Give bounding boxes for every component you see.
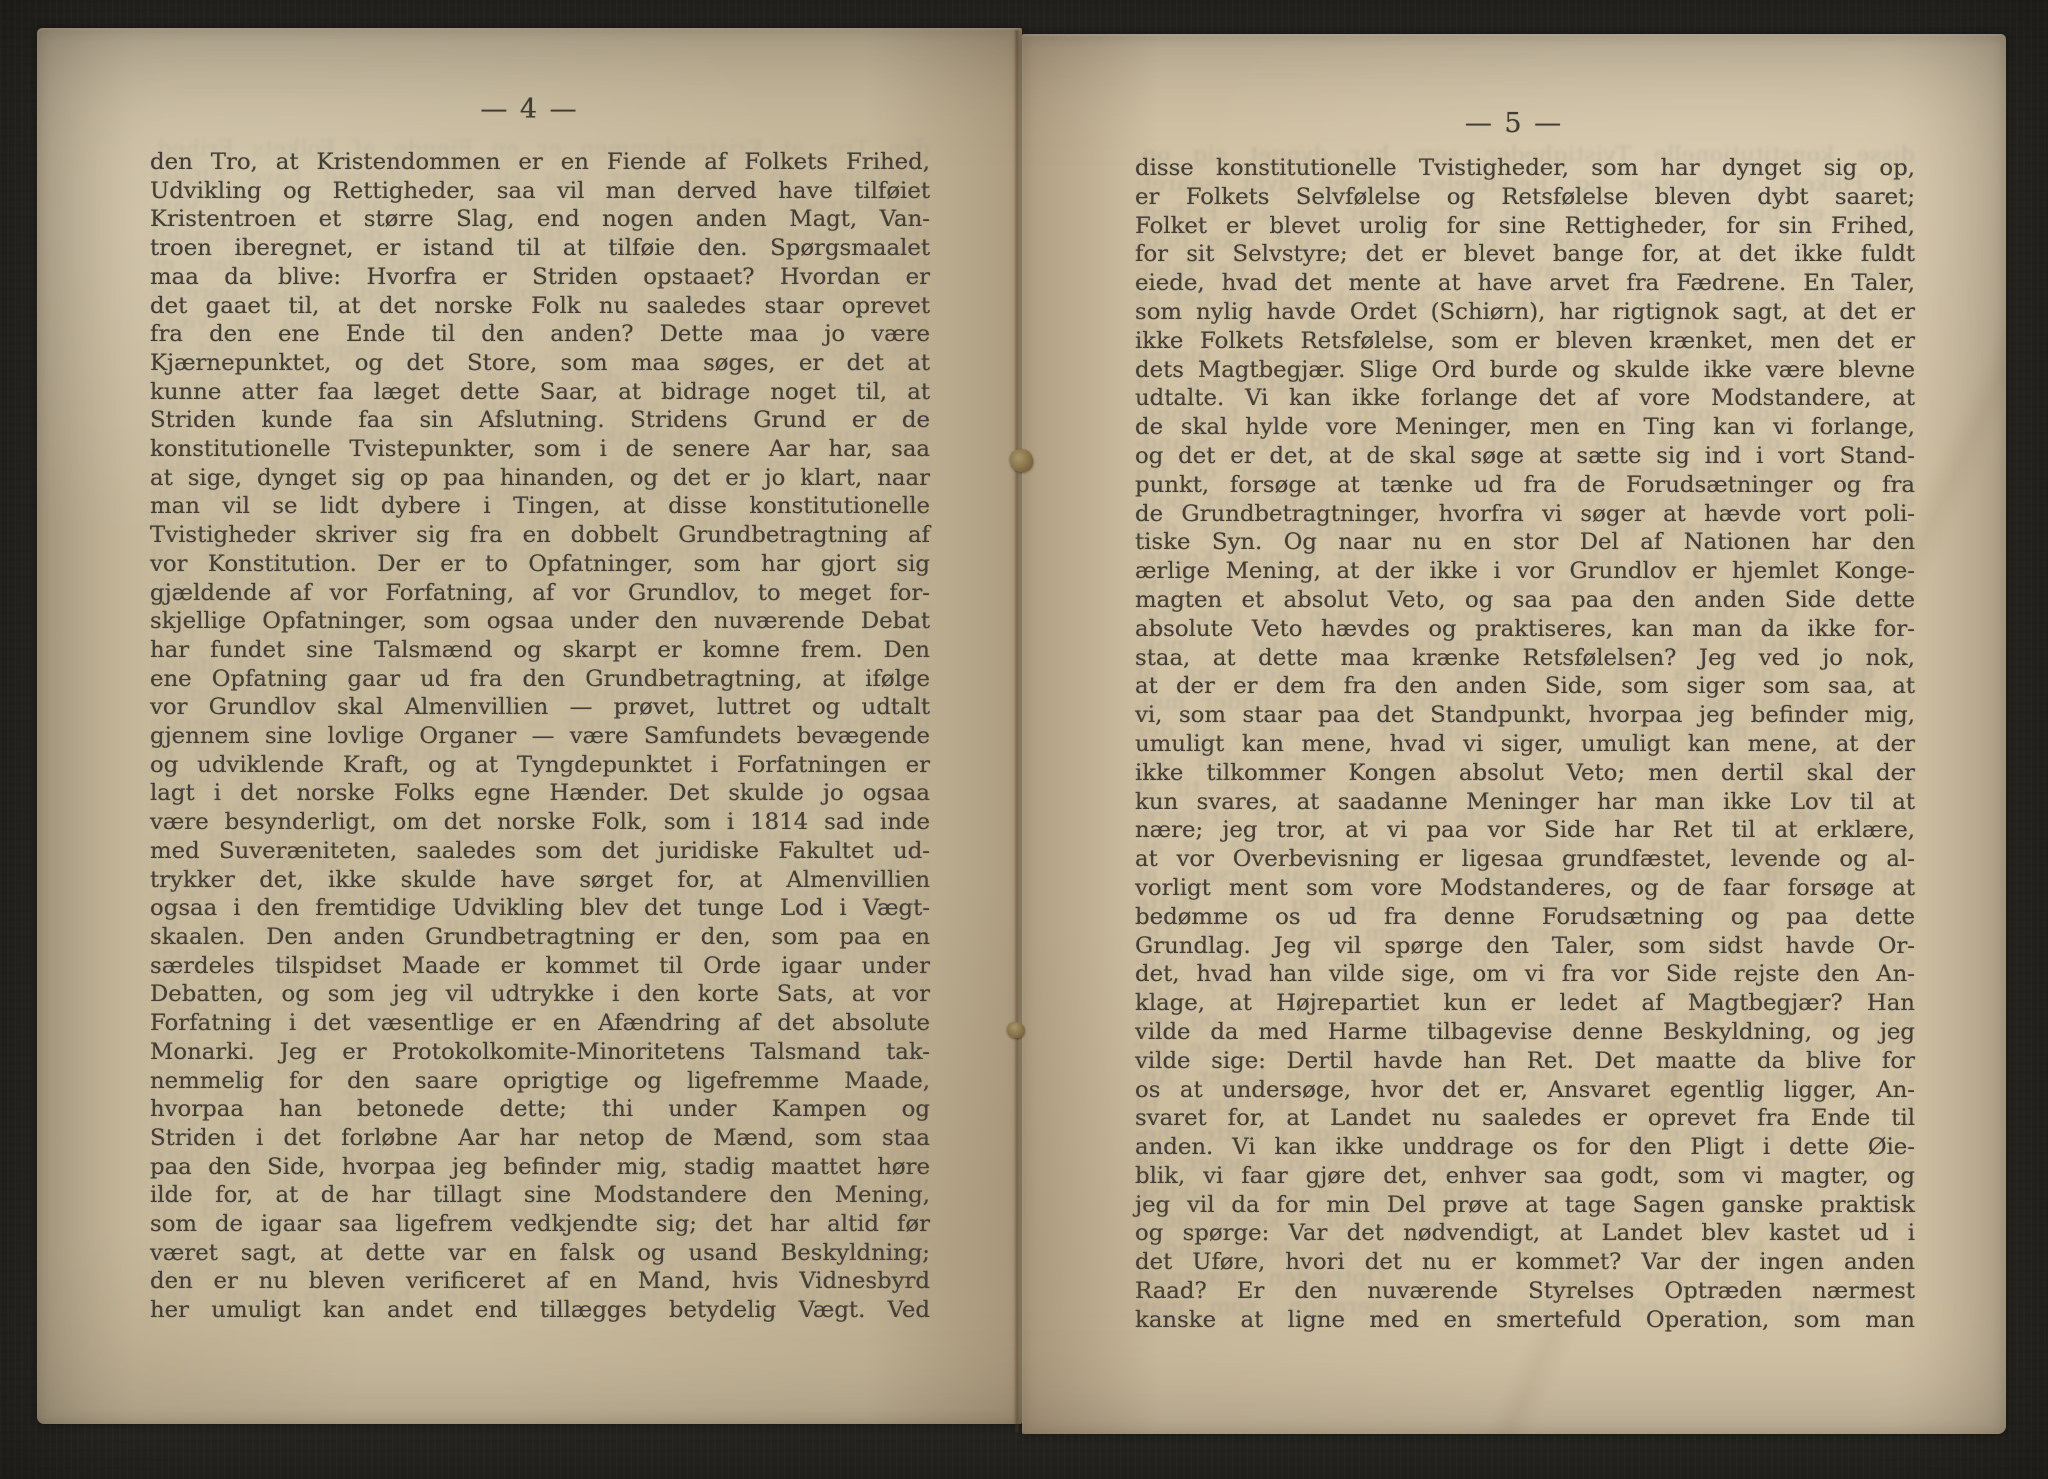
text-line: at vor Overbevisning er ligesaa grundfæs… [1135,845,1915,874]
text-line: ærlige Mening, at der ikke i vor Grundlo… [1135,557,1915,586]
text-line: skjellige Opfatninger, som ogsaa under d… [150,607,930,636]
page-number-left: — 4 — [37,94,1022,125]
text-line: det gaaet til, at det norske Folk nu saa… [150,292,930,321]
text-line: vi, som staar paa det Standpunkt, hvorpa… [1135,701,1915,730]
text-line: absolute Veto hævdes og praktiseres, kan… [1135,615,1915,644]
text-line: nemmelig for den saare oprigtige og lige… [150,1067,930,1096]
text-line: Striden i det forløbne Aar har netop de … [150,1124,930,1153]
text-line: med Suveræniteten, saaledes som det juri… [150,837,930,866]
text-line: Forfatning i det væsentlige er en Afændr… [150,1009,930,1038]
text-line: ogsaa i den fremtidige Udvikling blev de… [150,894,930,923]
page-left-text: den Tro, at Kristendommen er en Fiende a… [150,148,930,1325]
text-line: tiske Syn. Og naar nu en stor Del af Nat… [1135,528,1915,557]
text-line: maa da blive: Hvorfra er Striden opstaae… [150,263,930,292]
text-line: har fundet sine Talsmænd og skarpt er ko… [150,636,930,665]
text-line: og udviklende Kraft, og at Tyngdepunktet… [150,751,930,780]
text-line: været sagt, at dette var en falsk og usa… [150,1239,930,1268]
page-number-right: — 5 — [1022,108,2006,139]
text-line: de Grundbetragtninger, hvorfra vi søger … [1135,500,1915,529]
text-line: som de igaar saa ligefrem vedkjendte sig… [150,1210,930,1239]
text-line: Monarki. Jeg er Protokolkomite-Minoritet… [150,1038,930,1067]
gutter-crease [1014,30,1020,1432]
text-line: lagt i det norske Folks egne Hænder. Det… [150,779,930,808]
text-line: det Uføre, hvori det nu er kommet? Var d… [1135,1248,1915,1277]
text-line: umuligt kan mene, hvad vi siger, umuligt… [1135,730,1915,759]
text-line: det, hvad han vilde sige, om vi fra vor … [1135,960,1915,989]
page-right: — 5 — disse konstitutionelle Tvistighede… [1022,34,2006,1434]
text-line: er Folkets Selvfølelse og Retsfølelse bl… [1135,183,1915,212]
text-line: at sige, dynget sig op paa hinanden, og … [150,464,930,493]
text-line: Debatten, og som jeg vil udtrykke i den … [150,980,930,1009]
text-line: og det er det, at de skal søge at sætte … [1135,442,1915,471]
text-line: bedømme os ud fra denne Forudsætning og … [1135,903,1915,932]
text-line: vilde sige: Dertil havde han Ret. Det ma… [1135,1047,1915,1076]
text-line: dets Magtbegjær. Slige Ord burde og skul… [1135,356,1915,385]
text-line: at der er dem fra den anden Side, som si… [1135,672,1915,701]
text-line: jeg vil da for min Del prøve at tage Sag… [1135,1191,1915,1220]
text-line: skaalen. Den anden Grundbetragtning er d… [150,923,930,952]
text-line: udtalte. Vi kan ikke forlange det af vor… [1135,384,1915,413]
text-line: her umuligt kan andet end tillægges bety… [150,1296,930,1325]
text-line: gjældende af vor Forfatning, af vor Grun… [150,579,930,608]
text-line: trykker det, ikke skulde have sørget for… [150,866,930,895]
text-line: magten et absolut Veto, og saa paa den a… [1135,586,1915,615]
text-line: Raad? Er den nuværende Styrelses Optræde… [1135,1277,1915,1306]
text-line: ene Opfatning gaar ud fra den Grundbetra… [150,665,930,694]
text-line: være besynderligt, om det norske Folk, s… [150,808,930,837]
text-line: kunne atter faa læget dette Saar, at bid… [150,378,930,407]
text-line: Folket er blevet urolig for sine Rettigh… [1135,212,1915,241]
text-line: Striden kunde faa sin Afslutning. Stride… [150,406,930,435]
text-line: Tvistigheder skriver sig fra en dobbelt … [150,521,930,550]
text-line: os at undersøge, hvor det er, Ansvaret e… [1135,1076,1915,1105]
text-line: særdeles tilspidset Maade er kommet til … [150,952,930,981]
text-line: kanske at ligne med en smertefuld Operat… [1135,1306,1915,1335]
text-line: troen iberegnet, er istand til at tilføi… [150,234,930,263]
text-line: ikke Folkets Retsfølelse, som er bleven … [1135,327,1915,356]
text-line: svaret for, at Landet nu saaledes er opr… [1135,1104,1915,1133]
text-line: Grundlag. Jeg vil spørge den Taler, som … [1135,932,1915,961]
text-line: for sit Selvstyre; det er blevet bange f… [1135,240,1915,269]
text-line: vilde da med Harme tilbagevise denne Bes… [1135,1018,1915,1047]
text-line: Udvikling og Rettigheder, saa vil man de… [150,177,930,206]
page-left: — 4 — den Tro, at Kristendommen er en Fi… [37,28,1022,1424]
text-line: og spørge: Var det nødvendigt, at Landet… [1135,1219,1915,1248]
text-line: vor Konstitution. Der er to Opfatninger,… [150,550,930,579]
text-line: Kjærnepunktet, og det Store, som maa søg… [150,349,930,378]
book-scan: — 4 — den Tro, at Kristendommen er en Fi… [0,0,2048,1479]
text-line: vorligt ment som vore Modstanderes, og d… [1135,874,1915,903]
text-line: paa den Side, hvorpaa jeg befinder mig, … [150,1153,930,1182]
text-line: staa, at dette maa krænke Retsfølelsen? … [1135,644,1915,673]
text-line: Kristentroen et større Slag, end nogen a… [150,205,930,234]
text-line: de skal hylde vore Meninger, men en Ting… [1135,413,1915,442]
text-line: vor Grundlov skal Almenvillien — prøvet,… [150,693,930,722]
text-line: ikke tilkommer Kongen absolut Veto; men … [1135,759,1915,788]
page-right-text: disse konstitutionelle Tvistigheder, som… [1135,154,1915,1335]
text-line: blik, vi faar gjøre det, enhver saa godt… [1135,1162,1915,1191]
text-line: ilde for, at de har tillagt sine Modstan… [150,1181,930,1210]
text-line: anden. Vi kan ikke unddrage os for den P… [1135,1133,1915,1162]
text-line: disse konstitutionelle Tvistigheder, som… [1135,154,1915,183]
text-line: som nylig havde Ordet (Schiørn), har rig… [1135,298,1915,327]
text-line: hvorpaa han betonede dette; thi under Ka… [150,1095,930,1124]
text-line: klage, at Højrepartiet kun er ledet af M… [1135,989,1915,1018]
text-line: kun svares, at saadanne Meninger har man… [1135,788,1915,817]
text-line: den Tro, at Kristendommen er en Fiende a… [150,148,930,177]
text-line: eiede, hvad det mente at have arvet fra … [1135,269,1915,298]
text-line: konstitutionelle Tvistepunkter, som i de… [150,435,930,464]
text-line: punkt, forsøge at tænke ud fra de Foruds… [1135,471,1915,500]
text-line: fra den ene Ende til den anden? Dette ma… [150,320,930,349]
text-line: man vil se lidt dybere i Tingen, at diss… [150,492,930,521]
text-line: nære; jeg tror, at vi paa vor Side har R… [1135,816,1915,845]
text-line: den er nu bleven verificeret af en Mand,… [150,1267,930,1296]
text-line: gjennem sine lovlige Organer — være Samf… [150,722,930,751]
